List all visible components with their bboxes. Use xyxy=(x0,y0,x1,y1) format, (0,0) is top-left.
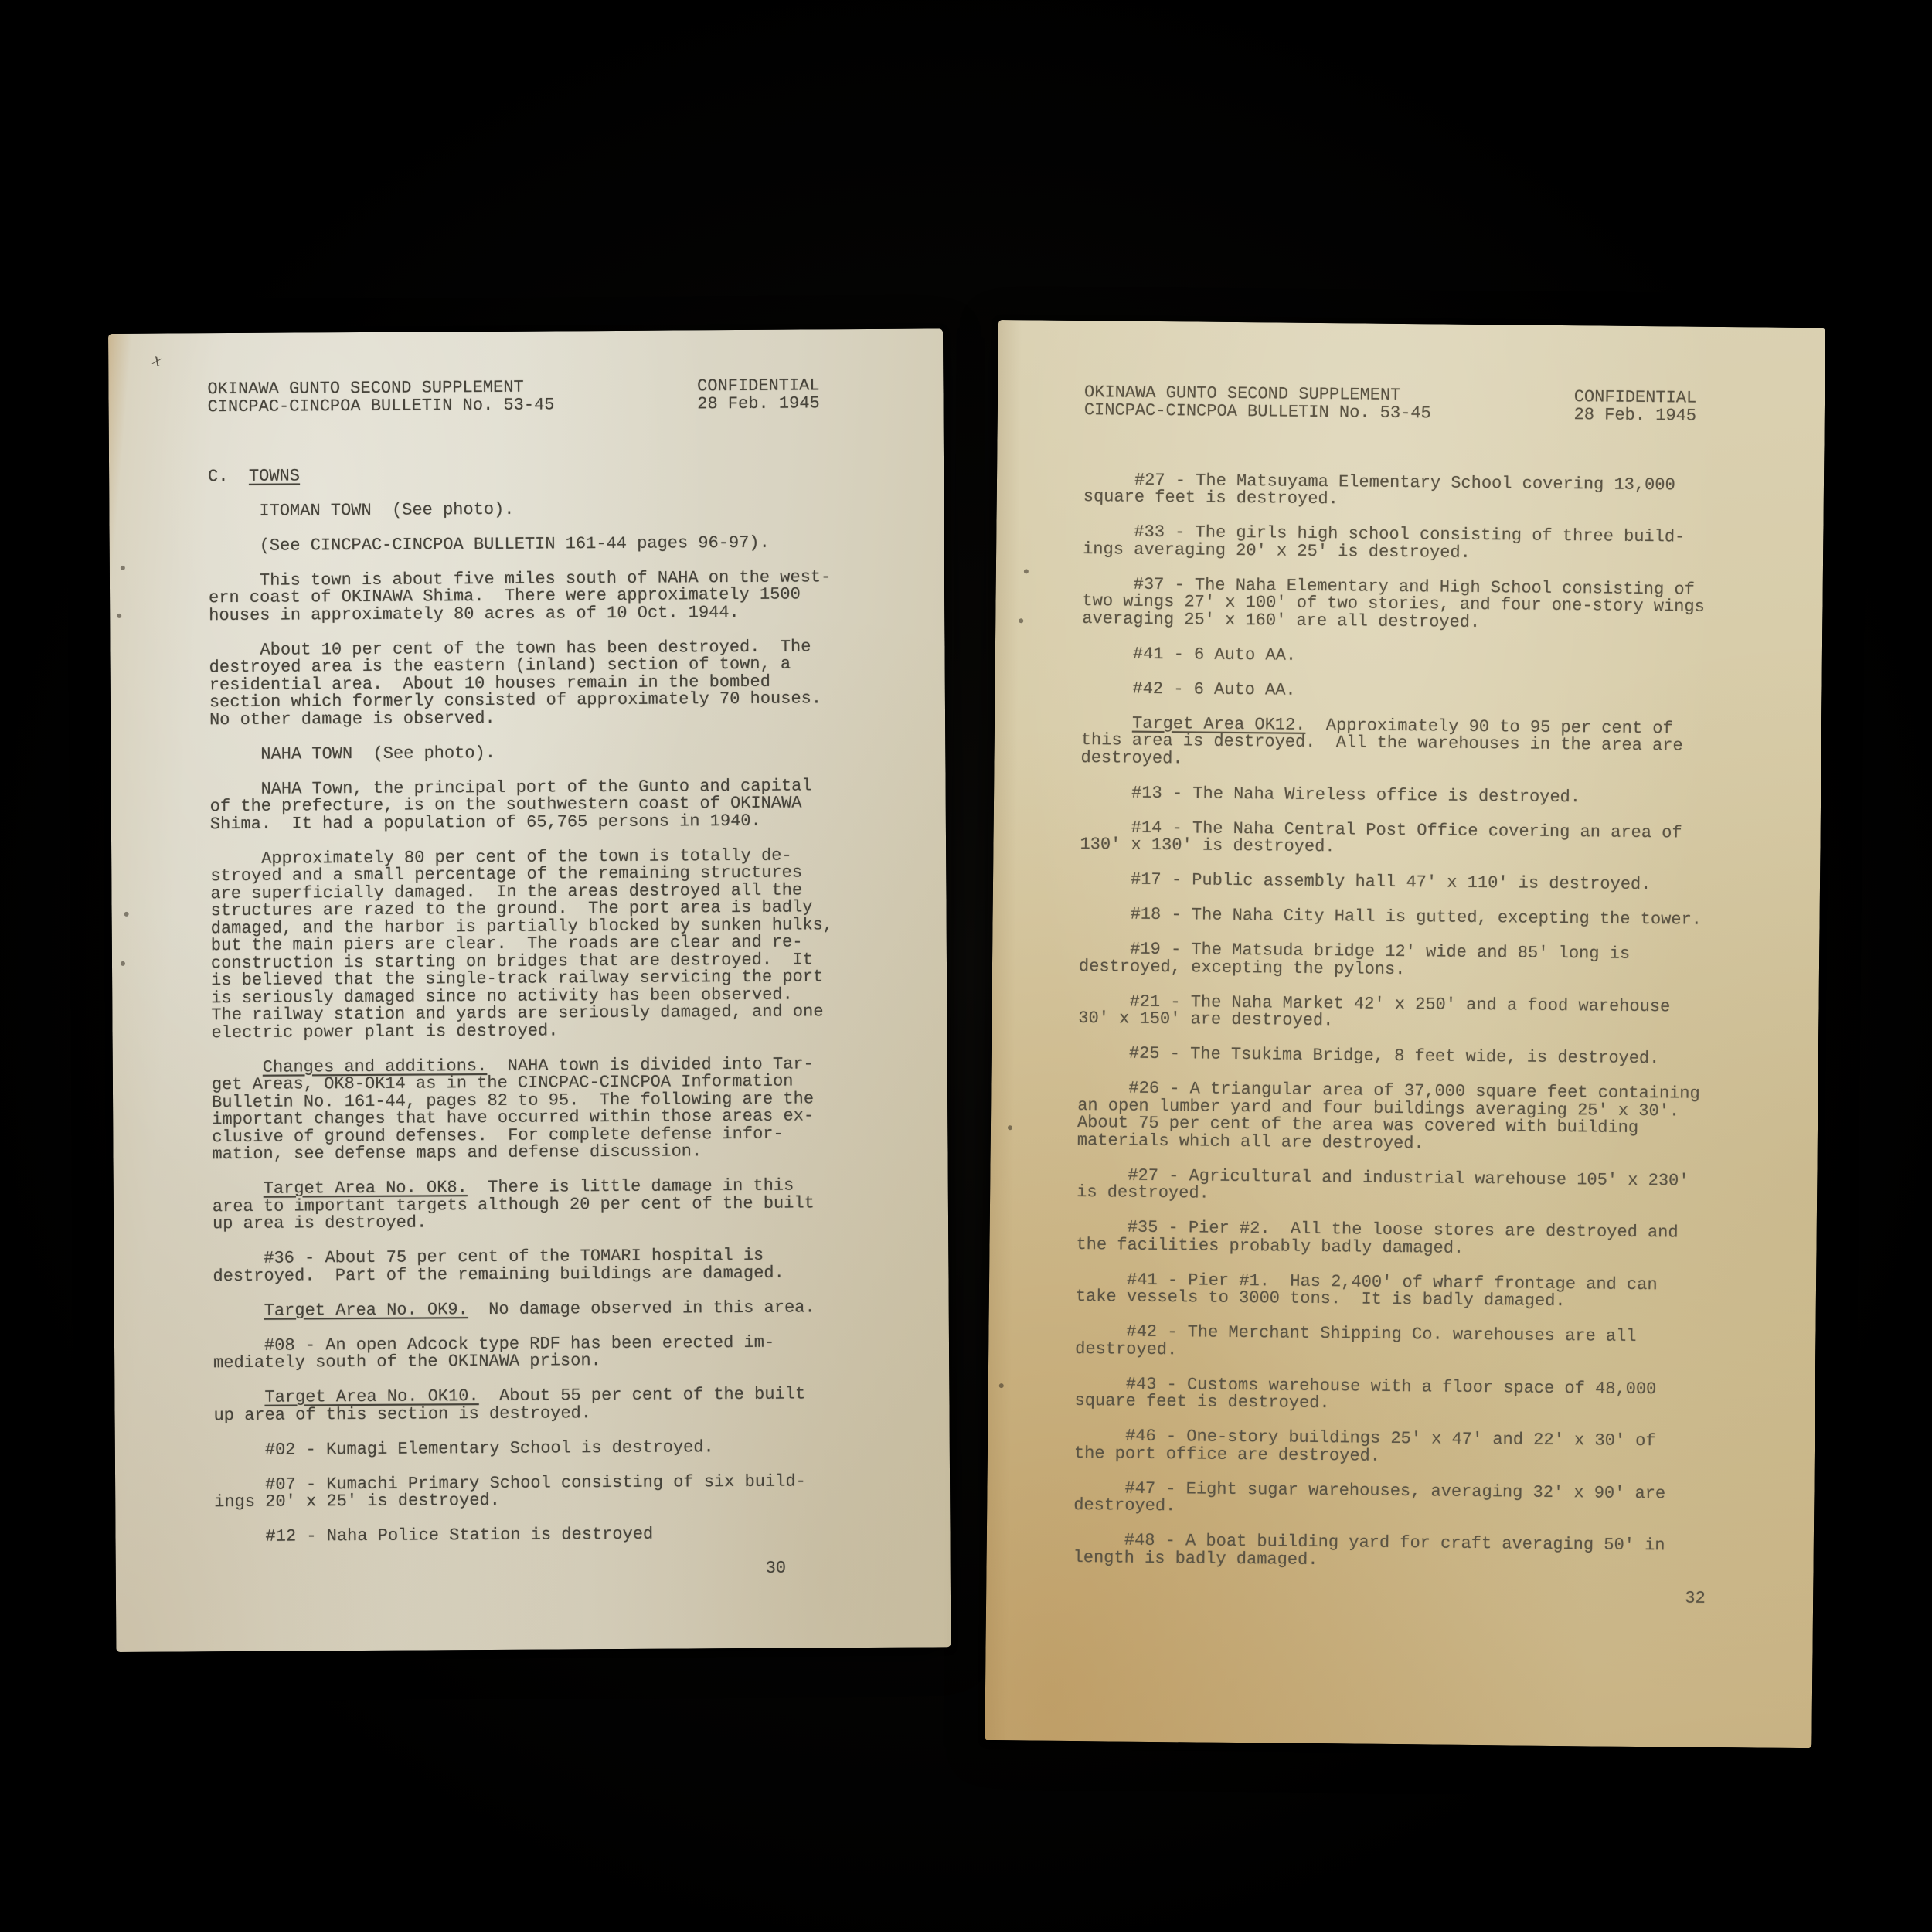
photo-background: x OKINAWA GUNTO SECOND SUPPLEMENT CONFID… xyxy=(0,0,1932,1932)
paper-speck xyxy=(124,912,129,917)
page-30-typed-text: OKINAWA GUNTO SECOND SUPPLEMENT CONFIDEN… xyxy=(207,377,837,1580)
paper-speck xyxy=(121,961,125,966)
paper-speck xyxy=(117,614,121,618)
paper-speck xyxy=(1019,618,1023,623)
paper-speck xyxy=(1024,569,1029,573)
paper-speck xyxy=(999,1383,1004,1388)
pencil-mark-x: x xyxy=(151,349,165,369)
document-page-30: x OKINAWA GUNTO SECOND SUPPLEMENT CONFID… xyxy=(108,328,951,1652)
document-page-32: OKINAWA GUNTO SECOND SUPPLEMENT CONFIDEN… xyxy=(985,320,1825,1748)
page-32-typed-text: OKINAWA GUNTO SECOND SUPPLEMENT CONFIDEN… xyxy=(1073,384,1717,1607)
paper-speck xyxy=(1008,1125,1012,1130)
paper-speck xyxy=(121,566,125,570)
